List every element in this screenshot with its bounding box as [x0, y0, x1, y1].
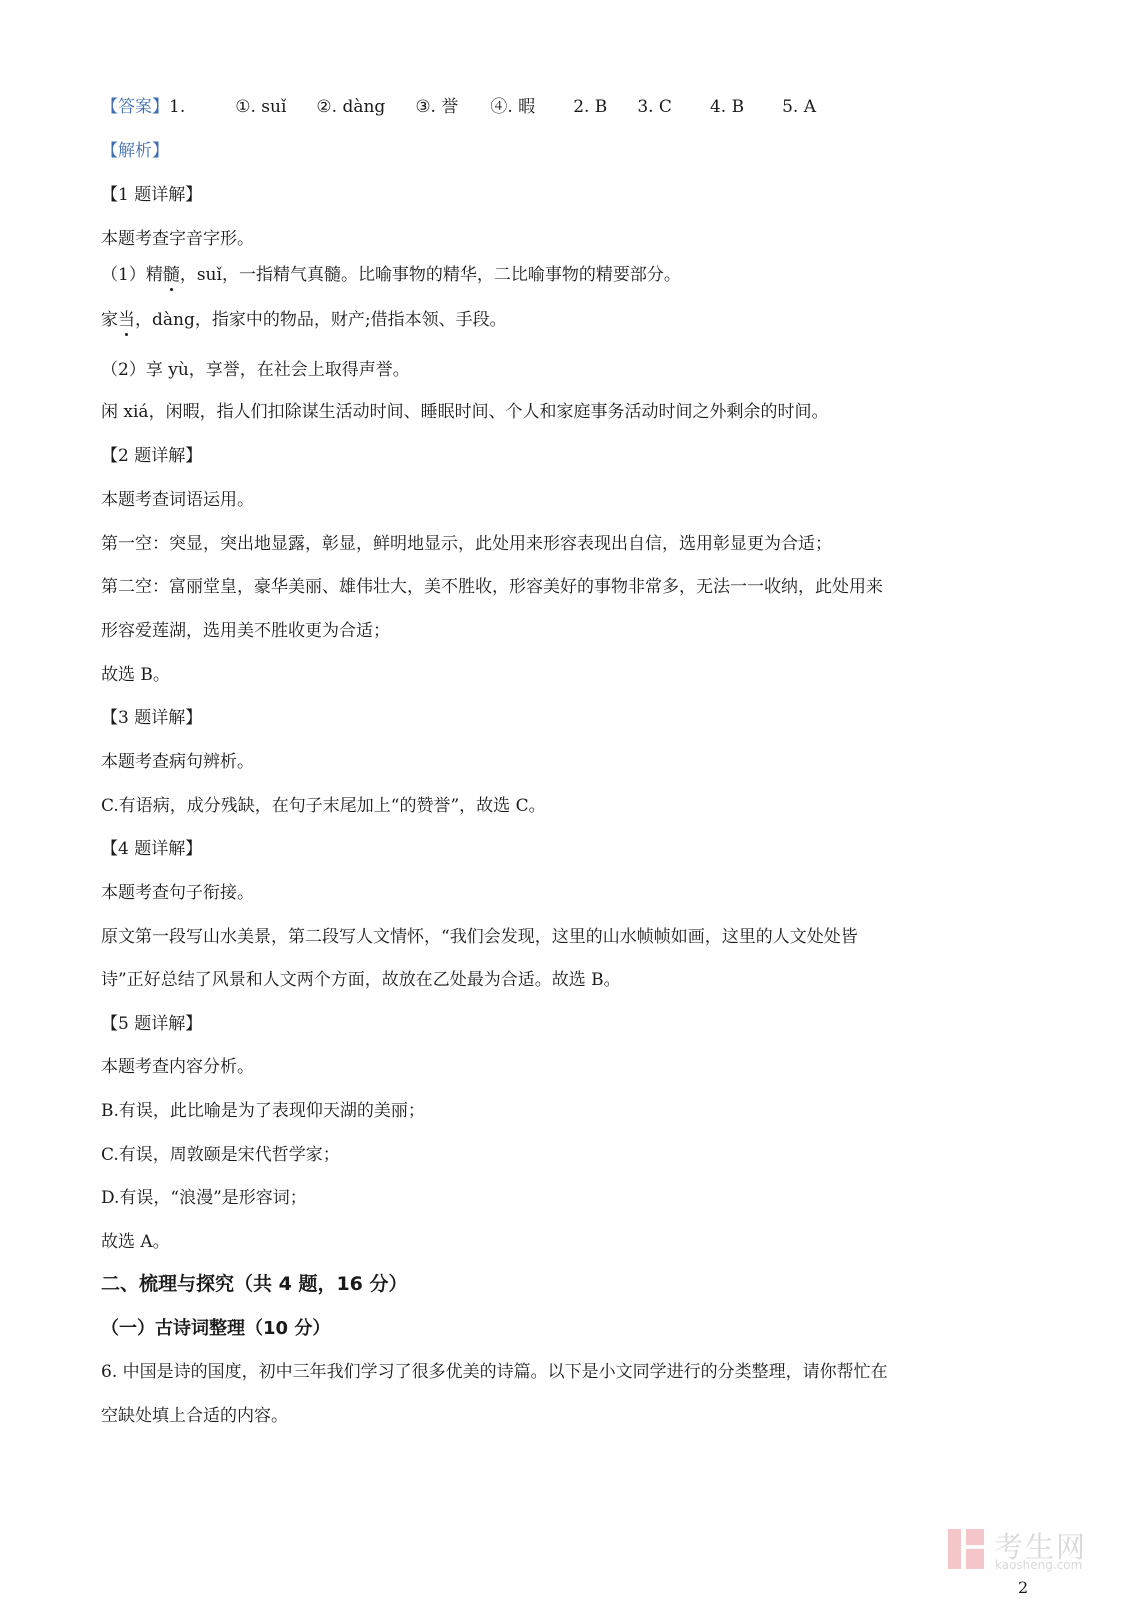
q6-para: 6. 中国是诗的国度，初中三年我们学习了很多优美的诗篇。以下是小文同学进行的分类… [101, 1361, 888, 1383]
q5-para: B.有误，此比喻是为了表现仰天湖的美丽； [101, 1100, 425, 1122]
q2-para: 第一空：突显，突出地显露，彰显，鲜明地显示，此处用来形容表现出自信，选用彰显更为… [101, 533, 832, 555]
q2-para: 第二空：富丽堂皇，豪华美丽、雄伟壮大，美不胜收，形容美好的事物非常多，无法一一收… [101, 576, 883, 598]
q2-para: 形容爱莲湖，选用美不胜收更为合适； [101, 620, 390, 642]
q5-conclusion: 故选 A。 [101, 1231, 170, 1253]
answer-label: 【答案】 [101, 97, 169, 117]
q6-para: 空缺处填上合适的内容。 [101, 1405, 288, 1427]
text: ，suǐ，一指精气真髓。比喻事物的精华，二比喻事物的精要部分。 [180, 265, 681, 285]
section-subtitle: （一）古诗词整理（10 分） [101, 1318, 330, 1340]
q4-topic: 本题考查句子衔接。 [101, 882, 254, 904]
page-number: 2 [1018, 1578, 1028, 1597]
watermark: 考生网 kaosheng.com [948, 1525, 1098, 1575]
q1-heading: 【1 题详解】 [101, 184, 202, 206]
q2-topic: 本题考查词语运用。 [101, 489, 254, 511]
answer-item: 4. B [710, 97, 744, 117]
answer-item: ①. suǐ [235, 97, 286, 117]
q1-topic: 本题考查字音字形。 [101, 228, 254, 250]
text: 家 [101, 310, 118, 330]
q1-para: 家当，dàng，指家中的物品，财产;借指本领、手段。 [101, 309, 507, 331]
q5-topic: 本题考查内容分析。 [101, 1056, 254, 1078]
text: ，dàng，指家中的物品，财产;借指本领、手段。 [135, 310, 507, 330]
q5-para: D.有误，“浪漫”是形容词； [101, 1187, 307, 1209]
dotted-char: 当 [118, 310, 135, 330]
analysis-label: 【解析】 [101, 140, 169, 162]
answer-item: 2. B [573, 97, 607, 117]
answer-item: 5. A [782, 97, 816, 117]
kaosheng-logo-icon [948, 1529, 988, 1569]
watermark-en: kaosheng.com [995, 1558, 1082, 1572]
q4-heading: 【4 题详解】 [101, 838, 202, 860]
q3-para: C.有语病，成分残缺，在句子末尾加上“的赞誉”，故选 C。 [101, 795, 546, 817]
q3-topic: 本题考查病句辨析。 [101, 751, 254, 773]
dotted-char: 髓 [163, 265, 180, 285]
q5-para: C.有误，周敦颐是宋代哲学家； [101, 1144, 340, 1166]
q3-heading: 【3 题详解】 [101, 707, 202, 729]
q1-para: （1）精髓，suǐ，一指精气真髓。比喻事物的精华，二比喻事物的精要部分。 [101, 264, 681, 286]
answer-item: ③. 誉 [415, 97, 458, 117]
q1-para: （2）享 yù，享誉，在社会上取得声誉。 [101, 359, 410, 381]
answer-item: ②. dàng [316, 97, 385, 117]
q2-conclusion: 故选 B。 [101, 664, 170, 686]
q1-para: 闲 xiá，闲暇，指人们扣除谋生活动时间、睡眠时间、个人和家庭事务活动时间之外剩… [101, 401, 829, 423]
q4-para: 诗”正好总结了风景和人文两个方面，故放在乙处最为合适。故选 B。 [101, 969, 621, 991]
answer-line: 【答案】1.①. suǐ②. dàng③. 誉④. 暇2. B3. C4. B5… [101, 96, 816, 118]
answer-item: ④. 暇 [490, 97, 535, 117]
answer-item: 3. C [637, 97, 672, 117]
q4-para: 原文第一段写山水美景，第二段写人文情怀，“我们会发现，这里的山水帧帧如画，这里的… [101, 926, 858, 948]
text: （1）精 [101, 265, 163, 285]
section-title: 二、梳理与探究（共 4 题，16 分） [101, 1273, 408, 1295]
q5-heading: 【5 题详解】 [101, 1013, 202, 1035]
answer-q1: 1. [169, 97, 185, 117]
q2-heading: 【2 题详解】 [101, 445, 202, 467]
